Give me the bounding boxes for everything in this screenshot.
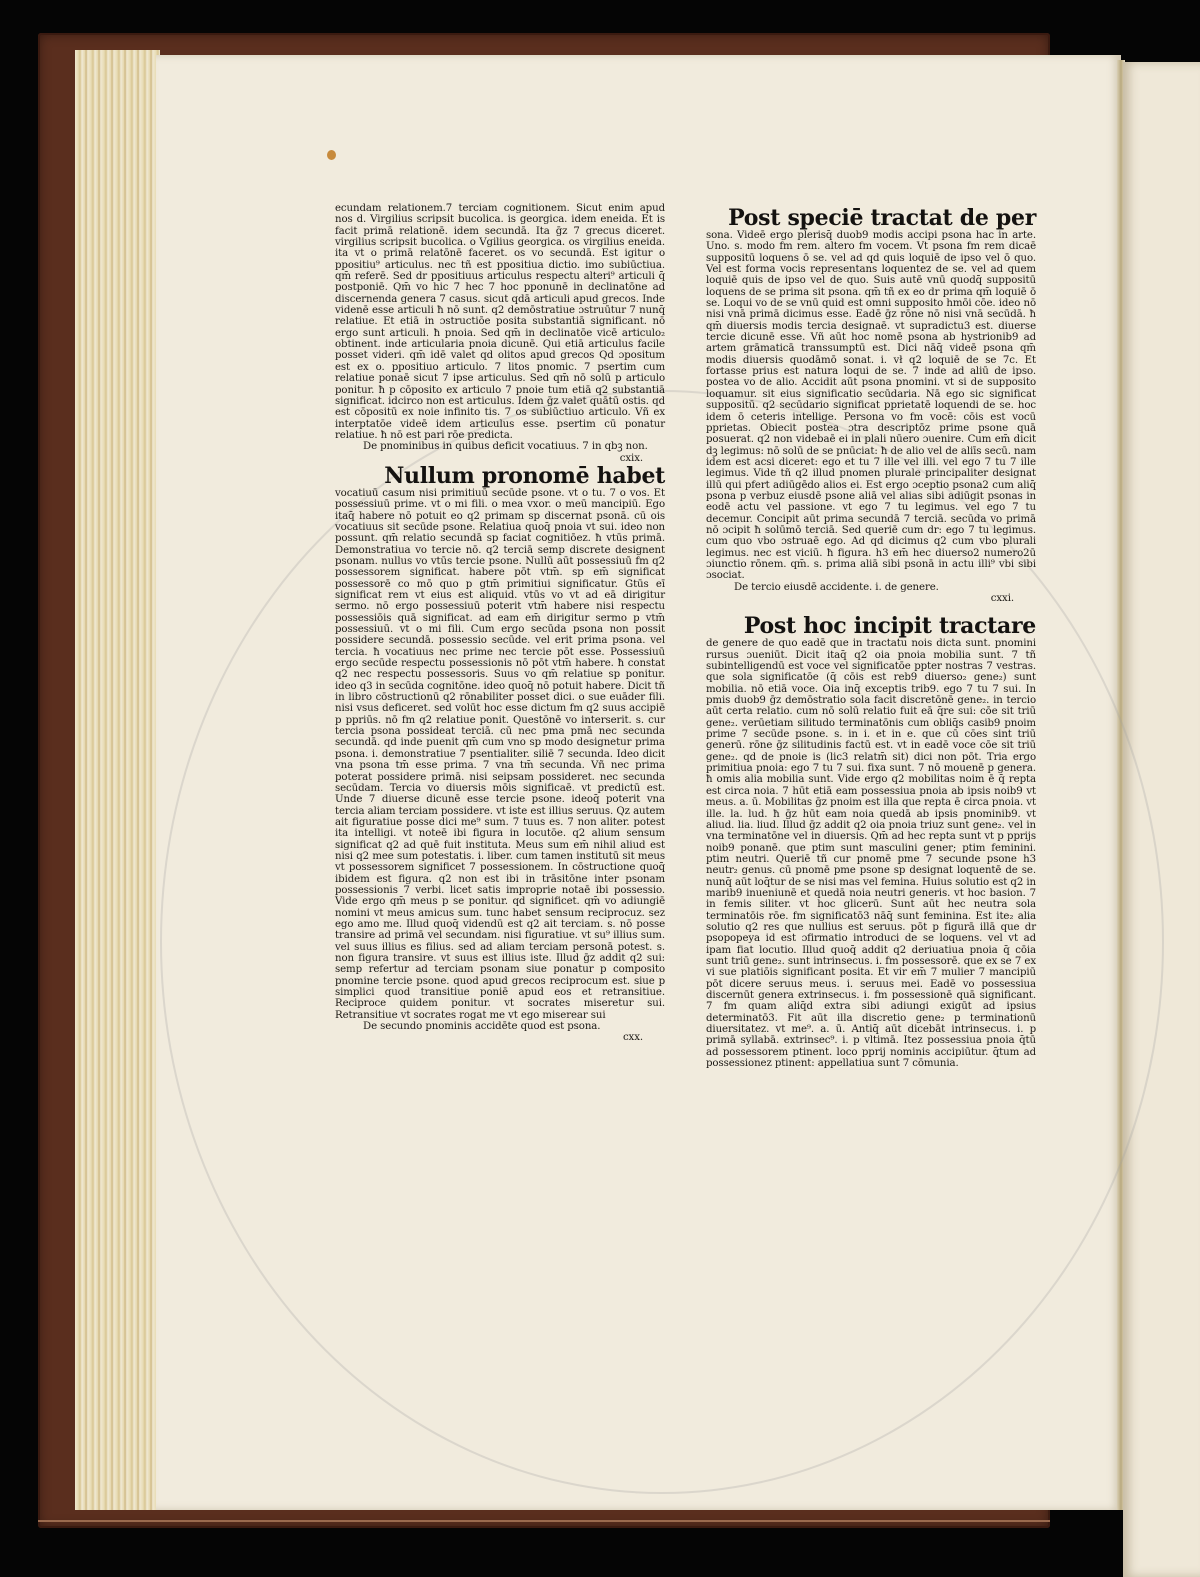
body-text: de genere de quo eadē que in tractatu no… (706, 638, 1036, 1069)
chapter-rubric: De pnominibus in quibus deficit vocatiuu… (335, 441, 665, 452)
body-text: vocatiuū casum nisi primitiuū secūde pso… (335, 488, 665, 1021)
section-heading: Post speciē tractat de per (706, 206, 1036, 230)
section-heading: Nullum pronomē habet (335, 464, 665, 488)
foxing-stain (327, 150, 336, 160)
chapter-rubric: De secundo pnominis accidēte quod est ps… (335, 1021, 665, 1032)
chapter-number: cxxi. (706, 593, 1036, 604)
right-text-column: Post speciē tractat de per sona. Videē e… (706, 236, 1036, 1069)
binding-edge (38, 1520, 1050, 1522)
chapter-rubric: De tercio eiusdē accidente. i. de genere… (706, 582, 1036, 593)
chapter-number: cxx. (335, 1032, 665, 1043)
page-stack-edge (75, 50, 160, 1510)
body-text: sona. Videē ergo plerisq̄ duob9 modis ac… (706, 230, 1036, 582)
section-heading: Post hoc incipit tractare (706, 614, 1036, 638)
body-text: ecundam relationem.7 terciam cognitionem… (335, 203, 665, 441)
left-text-column: ecundam relationem.7 terciam cognitionem… (335, 203, 665, 1044)
right-page-edge (1123, 62, 1200, 1577)
